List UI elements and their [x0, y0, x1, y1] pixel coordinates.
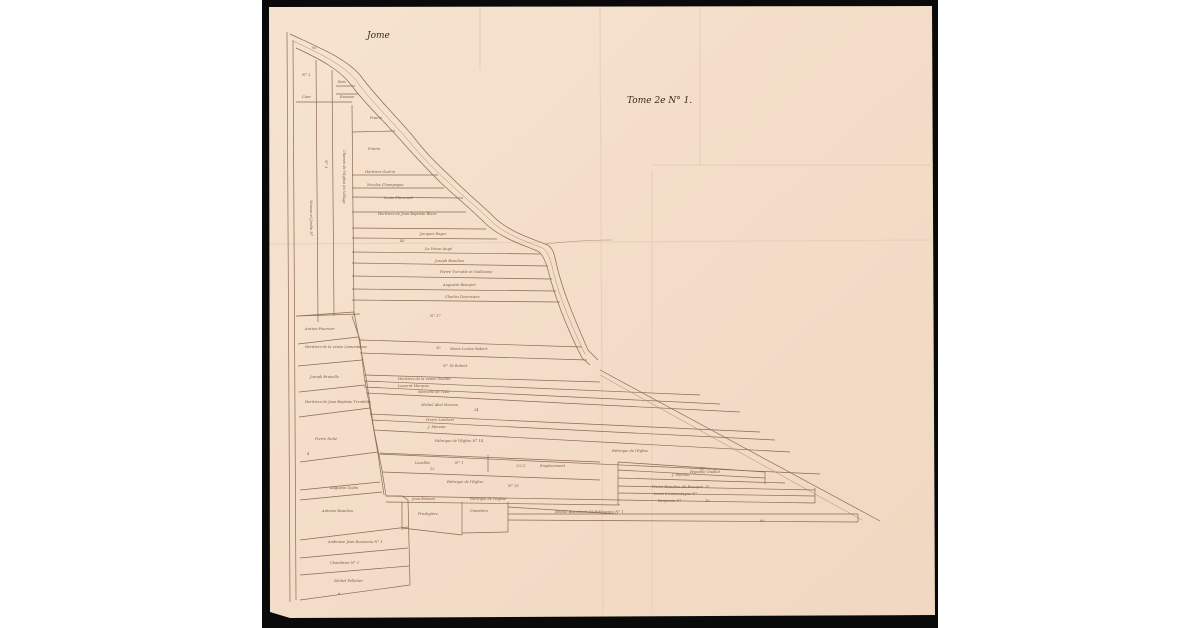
parcel-label: Augustin Godin — [329, 486, 359, 490]
parcel-label: Heritiers de la veuve Ouellet — [397, 377, 451, 381]
parcel-label: Michel Beaumont dit Bellavance N° 1 — [554, 510, 624, 514]
parcel-label: Michel Abel Moreau — [420, 403, 459, 407]
parcel-label: Jean Brisson — [411, 497, 436, 501]
parcel-label: Nicolas Champagne — [366, 183, 404, 187]
parcel-label: La Veuve Augé — [424, 247, 453, 251]
parcel-label: Antoine Beaulieu — [321, 509, 354, 513]
parcel-label: Emplacement — [539, 464, 566, 468]
parcel-label: Laurent Marquis — [397, 384, 429, 388]
measurement: 20 — [699, 467, 705, 471]
measurement: 30 — [436, 346, 441, 350]
parcel-label: Marcelle de l'Isle — [417, 390, 450, 394]
parcel-label: Presbytère — [417, 512, 438, 516]
map-sheet: Jome Tome 2e N° 1. N° 2. Bois Buisson Co… — [0, 0, 1200, 628]
parcel-label: Pierre Lambert — [425, 418, 454, 422]
parcel-label: 1/2 C — [516, 464, 526, 468]
parcel-label: N° 18 Robert — [442, 364, 468, 368]
parcel-label: Pierre Dubé — [314, 437, 338, 441]
measurement: 10 — [705, 499, 710, 503]
parcel-label: Charles Desrosiers — [445, 295, 480, 299]
parcel-label: J. Moreau — [427, 425, 446, 429]
parcel-label: Joseph Beaulieu — [434, 259, 465, 263]
parcel-label: Louis à Lamontagne N° — [653, 492, 697, 496]
parcel-label: Heritiers de Jean Baptiste Tremblay — [304, 400, 372, 404]
parcel-label: N° 15 — [507, 484, 519, 488]
volume-mark: Tome 2e N° 1. — [627, 96, 692, 106]
parcel-label: Cour — [302, 95, 311, 99]
parcel-label: Joseph Brunelle — [309, 375, 339, 379]
parcel-label: Heritiers Guérin — [364, 170, 396, 174]
top-mark: Jome — [365, 31, 390, 41]
parcel-label: N° 3 — [324, 159, 328, 169]
measurement: 12 — [430, 467, 435, 471]
parcel-label: Jacques Roger — [419, 232, 447, 236]
parcel-label: Lavallée — [414, 461, 430, 465]
parcel-label: Ancien Fournier — [304, 327, 335, 331]
parcel-label: N° 17 — [429, 314, 441, 318]
parcel-label: Bois — [337, 80, 346, 84]
parcel-label: Ambroise Jean Rousseau N° 1 — [327, 540, 383, 544]
parcel-label: Heritiers de Jean Baptiste Blanc — [377, 212, 437, 216]
parcel-label: Heritiers de la veuve Lamontagne — [304, 345, 367, 349]
measurement: 40 — [399, 239, 405, 243]
measurement: 24 — [473, 408, 479, 412]
parcel-label: N° 2. — [301, 73, 312, 77]
parcel-label: Fabrique de l'Eglise — [611, 449, 648, 453]
parcel-label: Hypolite Ouellet — [689, 470, 720, 474]
measurement: 90 — [312, 46, 317, 50]
parcel-label: Augustin Beaupré — [442, 283, 477, 287]
parcel-label: N° 1 — [454, 461, 463, 465]
measurement: 60 — [760, 519, 765, 523]
parcel-label: Chemin de l'Eglise du Village — [342, 150, 346, 204]
parcel-label: Fabrique de l'Eglise — [446, 480, 483, 484]
parcel-label: J. Moreau — [671, 473, 690, 477]
parcel-label: Fabrique de l'Eglise N° 14 — [434, 439, 484, 443]
parcel-label: Cimetière — [470, 509, 488, 513]
parcel-label: Pierre Beaulieu dit Beaupré — [651, 485, 704, 489]
parcel-label: Maison et Jardin N° — [309, 199, 313, 237]
parcel-label: Pierre Turcotte et Guillaume — [439, 270, 493, 274]
parcel-label: Marie Louise Robert — [449, 347, 488, 351]
parcel-label: Benjamin N° — [657, 499, 681, 503]
parcel-label: Michel Pelletier — [333, 579, 363, 583]
parcel-label: Buisson — [339, 95, 355, 99]
measurement: 15 — [705, 485, 710, 489]
parcel-label: Louis Chevreuil — [383, 196, 413, 200]
parcel-label: Fabrique de l'Eglise — [469, 497, 506, 501]
parcel-label: Prairie — [369, 116, 382, 120]
parcel-label: Chambrier N° 1 — [330, 561, 359, 565]
parcel-label: Prairie — [367, 147, 380, 151]
